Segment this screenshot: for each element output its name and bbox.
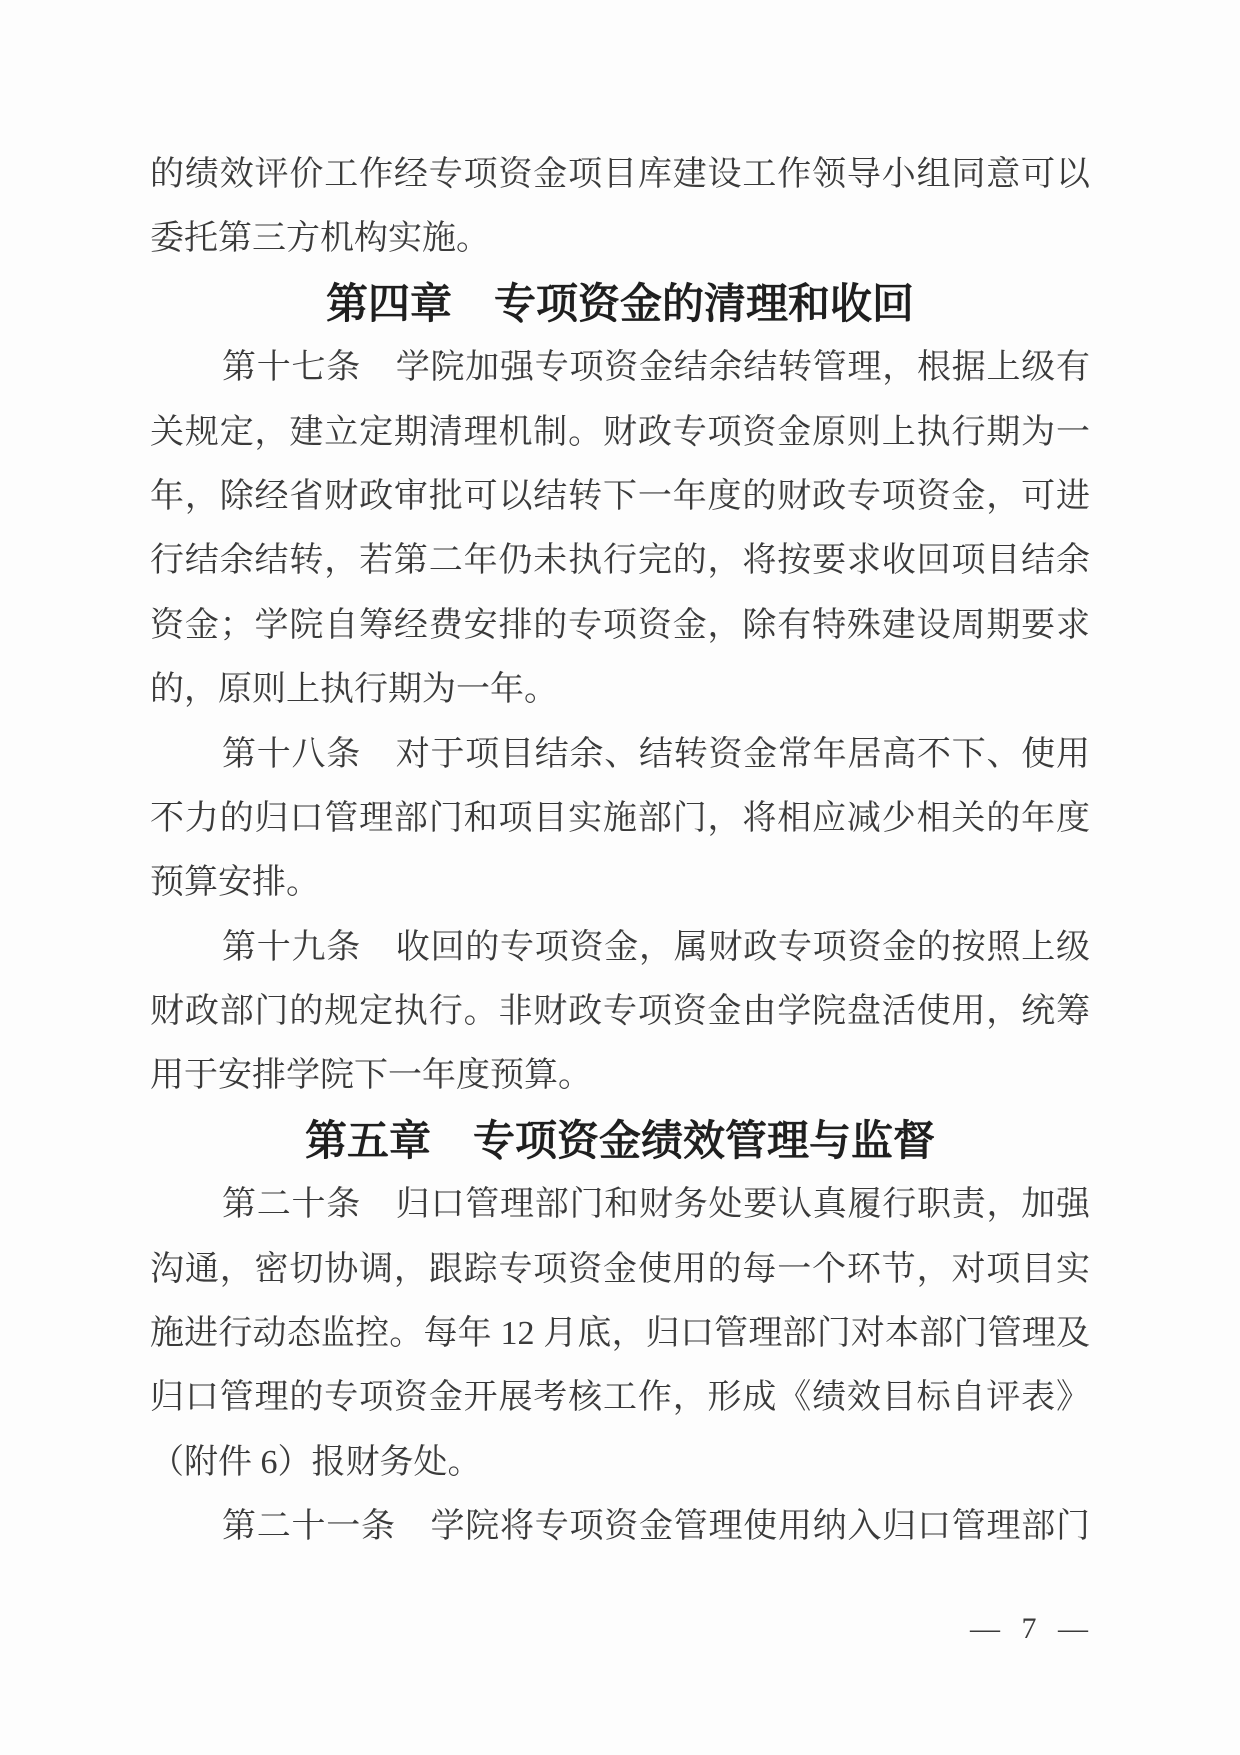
text-line: 预算安排。 (150, 851, 1090, 915)
text-line: 委托第三方机构实施。 (150, 207, 1090, 271)
text-line: 不力的归口管理部门和项目实施部门，将相应减少相关的年度 (150, 787, 1090, 851)
text-line: 行结余结转，若第二年仍未执行完的，将按要求收回项目结余 (150, 529, 1090, 593)
text-line: 第十九条 收回的专项资金，属财政专项资金的按照上级 (150, 916, 1090, 980)
text-line: 第二十一条 学院将专项资金管理使用纳入归口管理部门 (150, 1495, 1090, 1559)
text-line: （附件 6）报财务处。 (150, 1431, 1090, 1495)
text-line: 第十七条 学院加强专项资金结余结转管理，根据上级有 (150, 336, 1090, 400)
document-page: 的绩效评价工作经专项资金项目库建设工作领导小组同意可以委托第三方机构实施。第四章… (0, 0, 1240, 1755)
text-line: 沟通，密切协调，跟踪专项资金使用的每一个环节，对项目实 (150, 1238, 1090, 1302)
text-line: 用于安排学院下一年度预算。 (150, 1044, 1090, 1108)
text-line: 财政部门的规定执行。非财政专项资金由学院盘活使用，统筹 (150, 980, 1090, 1044)
text-line: 的绩效评价工作经专项资金项目库建设工作领导小组同意可以 (150, 143, 1090, 207)
text-line: 归口管理的专项资金开展考核工作，形成《绩效目标自评表》 (150, 1366, 1090, 1430)
text-line: 的，原则上执行期为一年。 (150, 658, 1090, 722)
chapter-heading: 第四章 专项资金的清理和收回 (150, 272, 1090, 336)
text-line: 资金；学院自筹经费安排的专项资金，除有特殊建设周期要求 (150, 594, 1090, 658)
chapter-heading: 第五章 专项资金绩效管理与监督 (150, 1109, 1090, 1173)
text-line: 年，除经省财政审批可以结转下一年度的财政专项资金，可进 (150, 465, 1090, 529)
text-line: 第二十条 归口管理部门和财务处要认真履行职责，加强 (150, 1173, 1090, 1237)
document-body: 的绩效评价工作经专项资金项目库建设工作领导小组同意可以委托第三方机构实施。第四章… (150, 143, 1090, 1560)
text-line: 关规定，建立定期清理机制。财政专项资金原则上执行期为一 (150, 401, 1090, 465)
text-line: 施进行动态监控。每年 12 月底，归口管理部门对本部门管理及 (150, 1302, 1090, 1366)
page-number: — 7 — (970, 1612, 1090, 1646)
text-line: 第十八条 对于项目结余、结转资金常年居高不下、使用 (150, 723, 1090, 787)
